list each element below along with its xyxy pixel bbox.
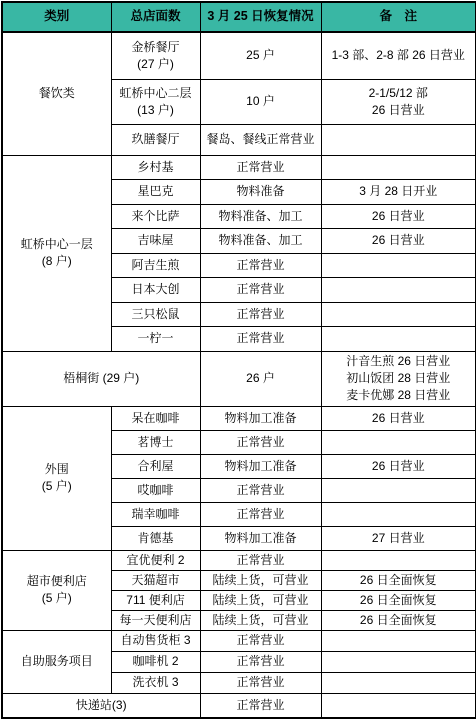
store-cell: 宜优便利 2 [111, 550, 200, 570]
remark-cell [321, 672, 476, 693]
category-count: (5 户) [5, 590, 109, 607]
remark-cell [321, 430, 476, 454]
category-count: (8 户) [5, 253, 109, 270]
remark-cell [321, 124, 476, 155]
store-count: (13 户) [114, 102, 198, 119]
status-cell: 正常营业 [200, 155, 321, 180]
store-name: 虹桥中心二层 [114, 85, 198, 102]
header-remarks: 备 注 [321, 2, 476, 32]
remark-cell [321, 327, 476, 352]
status-cell: 陆续上货，可营业 [200, 610, 321, 630]
store-cell: 呆在咖啡 [111, 406, 200, 430]
status-cell: 正常营业 [200, 430, 321, 454]
remark-cell [321, 502, 476, 526]
category-count: (5 户) [5, 478, 109, 495]
remark-cell [321, 630, 476, 651]
store-cell: 星巴克 [111, 180, 200, 205]
status-cell: 物料准备、加工 [200, 204, 321, 229]
store-cell: 虹桥中心二层 (13 户) [111, 79, 200, 124]
status-cell: 正常营业 [200, 502, 321, 526]
store-cell: 吉味屋 [111, 229, 200, 254]
store-cell: 自动售货柜 3 [111, 630, 200, 651]
store-cell: 日本大创 [111, 278, 200, 303]
remark-cell: 汁音生煎 26 日营业 初山饭团 28 日营业 麦卡优娜 28 日营业 [321, 351, 476, 406]
store-cell: 阿吉生煎 [111, 253, 200, 278]
remark-cell: 1-3 部、2-8 部 26 日营业 [321, 32, 476, 79]
status-cell: 25 户 [200, 32, 321, 79]
table-row: 超市便利店 (5 户) 宜优便利 2 正常营业 [2, 550, 476, 570]
store-cell: 哎咖啡 [111, 478, 200, 502]
remark-cell [321, 302, 476, 327]
category-cell: 自助服务项目 [2, 630, 111, 693]
store-cell: 洗衣机 3 [111, 672, 200, 693]
category-cell: 快递站(3) [2, 693, 200, 718]
store-count: (27 户) [114, 56, 198, 73]
status-cell: 陆续上货，可营业 [200, 590, 321, 610]
status-cell: 10 户 [200, 79, 321, 124]
category-cell: 外围 (5 户) [2, 406, 111, 550]
remark-cell [321, 693, 476, 718]
header-category: 类别 [2, 2, 111, 32]
store-cell: 一柠一 [111, 327, 200, 352]
remark-line: 初山饭团 28 日营业 [324, 370, 474, 387]
remark-cell: 2-1/5/12 部 26 日营业 [321, 79, 476, 124]
remark-cell: 26 日营业 [321, 406, 476, 430]
remark-cell: 26 日营业 [321, 229, 476, 254]
category-cell: 虹桥中心一层 (8 户) [2, 155, 111, 351]
store-cell: 三只松鼠 [111, 302, 200, 327]
remark-line: 2-1/5/12 部 [324, 85, 474, 102]
status-cell: 物料加工准备 [200, 406, 321, 430]
store-name: 金桥餐厅 [114, 39, 198, 56]
status-cell: 正常营业 [200, 278, 321, 303]
remark-line: 26 日营业 [324, 102, 474, 119]
category-name: 超市便利店 [5, 573, 109, 590]
store-cell: 咖啡机 2 [111, 651, 200, 672]
status-cell: 正常营业 [200, 630, 321, 651]
status-cell: 正常营业 [200, 253, 321, 278]
store-cell: 711 便利店 [111, 590, 200, 610]
status-cell: 正常营业 [200, 478, 321, 502]
store-cell: 金桥餐厅 (27 户) [111, 32, 200, 79]
status-cell: 餐岛、餐线正常营业 [200, 124, 321, 155]
table-row: 梧桐街 (29 户) 26 户 汁音生煎 26 日营业 初山饭团 28 日营业 … [2, 351, 476, 406]
status-cell: 正常营业 [200, 693, 321, 718]
category-name: 外围 [5, 461, 109, 478]
status-cell: 物料准备 [200, 180, 321, 205]
store-cell: 天猫超市 [111, 570, 200, 590]
category-cell: 餐饮类 [2, 32, 111, 155]
remark-cell: 26 日营业 [321, 204, 476, 229]
category-cell: 超市便利店 (5 户) [2, 550, 111, 630]
table-row: 虹桥中心一层 (8 户) 乡村基 正常营业 [2, 155, 476, 180]
remark-cell [321, 155, 476, 180]
table-row: 餐饮类 金桥餐厅 (27 户) 25 户 1-3 部、2-8 部 26 日营业 [2, 32, 476, 79]
remark-cell [321, 253, 476, 278]
store-recovery-table: 类别 总店面数 3 月 25 日恢复情况 备 注 餐饮类 金桥餐厅 (27 户)… [1, 1, 476, 719]
status-cell: 正常营业 [200, 302, 321, 327]
table-row: 快递站(3) 正常营业 [2, 693, 476, 718]
remark-cell: 3 月 28 日开业 [321, 180, 476, 205]
remark-cell: 26 日全面恢复 [321, 590, 476, 610]
status-cell: 物料加工准备 [200, 454, 321, 478]
status-cell: 正常营业 [200, 651, 321, 672]
status-cell: 26 户 [200, 351, 321, 406]
remark-cell: 27 日营业 [321, 526, 476, 550]
table-row: 自助服务项目 自动售货柜 3 正常营业 [2, 630, 476, 651]
remark-cell: 26 日营业 [321, 454, 476, 478]
remark-cell [321, 478, 476, 502]
remark-line: 麦卡优娜 28 日营业 [324, 387, 474, 404]
store-cell: 合利屋 [111, 454, 200, 478]
status-cell: 物料加工准备 [200, 526, 321, 550]
remark-cell: 26 日全面恢复 [321, 570, 476, 590]
category-name: 虹桥中心一层 [5, 236, 109, 253]
remark-cell [321, 550, 476, 570]
store-cell: 肯德基 [111, 526, 200, 550]
status-cell: 正常营业 [200, 327, 321, 352]
category-cell: 梧桐街 (29 户) [2, 351, 200, 406]
header-recovery-status: 3 月 25 日恢复情况 [200, 2, 321, 32]
store-cell: 乡村基 [111, 155, 200, 180]
remark-cell [321, 278, 476, 303]
status-cell: 正常营业 [200, 672, 321, 693]
table-header-row: 类别 总店面数 3 月 25 日恢复情况 备 注 [2, 2, 476, 32]
status-cell: 正常营业 [200, 550, 321, 570]
store-cell: 玖膳餐厅 [111, 124, 200, 155]
store-cell: 来个比萨 [111, 204, 200, 229]
store-cell: 茗博士 [111, 430, 200, 454]
status-cell: 物料准备、加工 [200, 229, 321, 254]
store-cell: 每一天便利店 [111, 610, 200, 630]
store-cell: 瑞幸咖啡 [111, 502, 200, 526]
table-row: 外围 (5 户) 呆在咖啡 物料加工准备 26 日营业 [2, 406, 476, 430]
header-store-count: 总店面数 [111, 2, 200, 32]
remark-line: 汁音生煎 26 日营业 [324, 353, 474, 370]
remark-cell [321, 651, 476, 672]
status-cell: 陆续上货，可营业 [200, 570, 321, 590]
remark-cell: 26 日全面恢复 [321, 610, 476, 630]
